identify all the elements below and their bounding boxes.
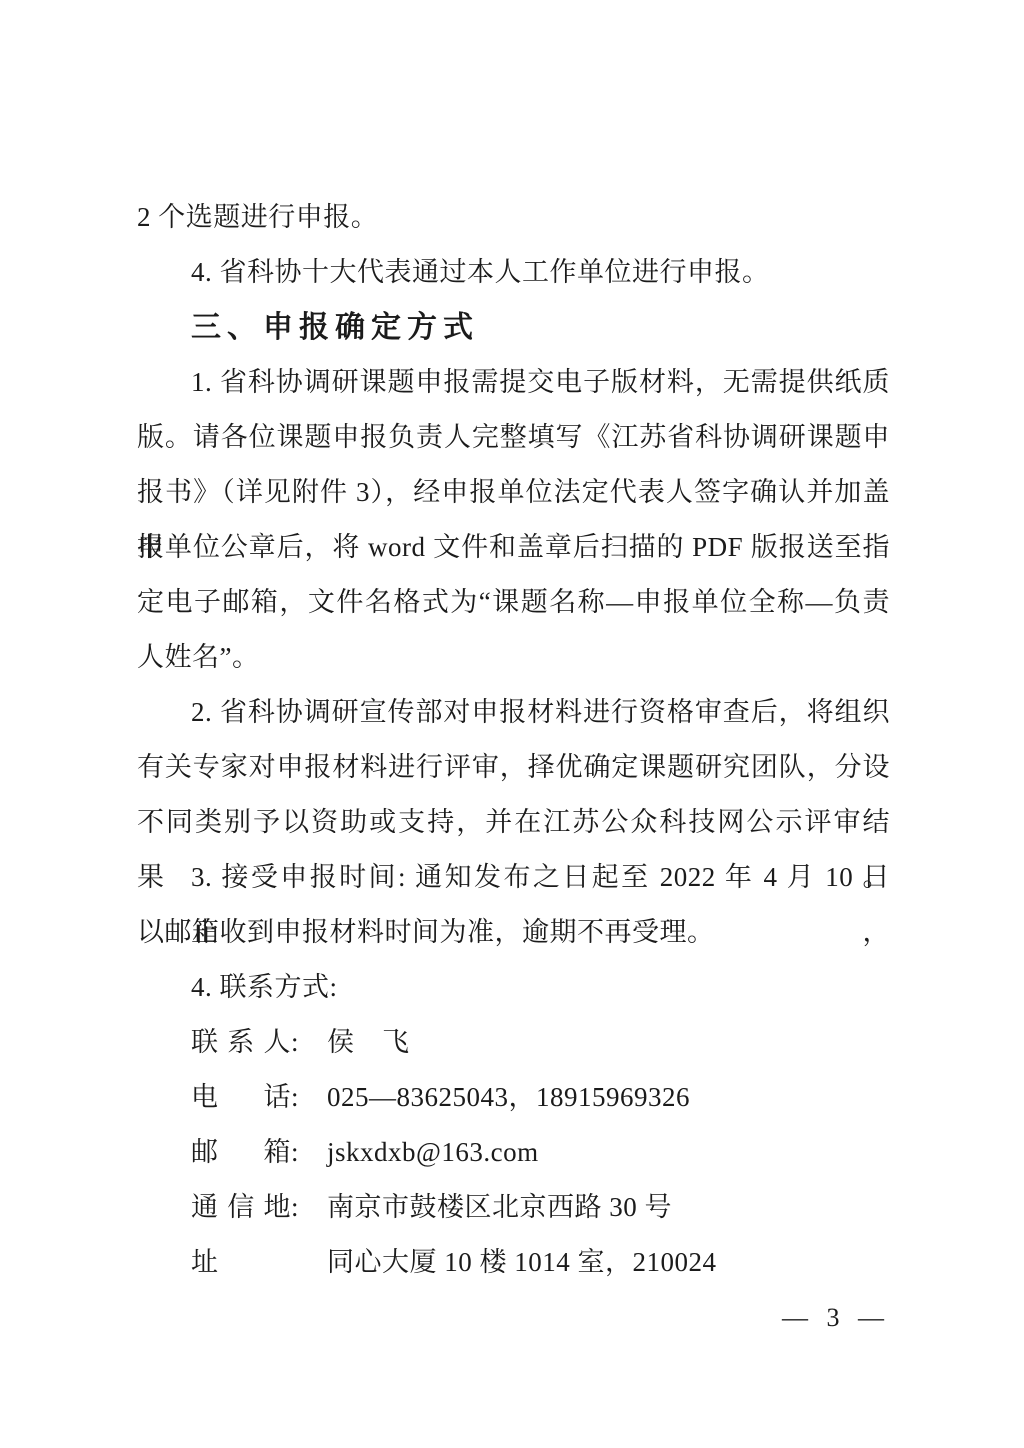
contact-row-person: 联系人:侯 飞 xyxy=(137,1015,890,1070)
contact-colon: : xyxy=(291,1070,327,1125)
body-line: 报书》（详见附件 3），经申报单位法定代表人签字确认并加盖申 xyxy=(137,465,890,520)
contact-address-value: 南京市鼓楼区北京西路 30 号 xyxy=(327,1192,672,1222)
contact-phone-label: 电话 xyxy=(191,1070,291,1125)
contact-person-label: 联系人 xyxy=(191,1015,291,1070)
body-line: 有关专家对申报材料进行评审，择优确定课题研究团队，分设 xyxy=(137,740,890,795)
section-heading: 三、申报确定方式 xyxy=(137,300,890,355)
body-line: 2 个选题进行申报。 xyxy=(137,190,890,245)
contact-address-label: 通信地址 xyxy=(191,1180,291,1290)
contact-row-email: 邮箱:jskxdxb@163.com xyxy=(137,1125,890,1180)
contact-email-label: 邮箱 xyxy=(191,1125,291,1180)
contact-colon: : xyxy=(291,1015,327,1070)
body-line: 报单位公章后，将 word 文件和盖章后扫描的 PDF 版报送至指 xyxy=(137,520,890,575)
body-line: 4. 省科协十大代表通过本人工作单位进行申报。 xyxy=(137,245,890,300)
page-footer: — 3 — xyxy=(137,1290,890,1345)
body-line: 1. 省科协调研课题申报需提交电子版材料，无需提供纸质 xyxy=(137,355,890,410)
contact-colon: : xyxy=(291,1180,327,1235)
contact-phone-value: 025—83625043，18915969326 xyxy=(327,1082,690,1112)
body-line: 版。请各位课题申报负责人完整填写《江苏省科协调研课题申 xyxy=(137,410,890,465)
page-number: — 3 — xyxy=(782,1303,890,1332)
document-page: 2 个选题进行申报。 4. 省科协十大代表通过本人工作单位进行申报。 三、申报确… xyxy=(0,0,1024,1448)
body-line: 2. 省科协调研宣传部对申报材料进行资格审查后，将组织 xyxy=(137,685,890,740)
contact-person-value: 侯 飞 xyxy=(327,1027,410,1057)
body-line: 人姓名”。 xyxy=(137,630,890,685)
body-line: 不同类别予以资助或支持，并在江苏公众科技网公示评审结果。 xyxy=(137,795,890,850)
contact-row-phone: 电话:025—83625043，18915969326 xyxy=(137,1070,890,1125)
body-line: 3. 接受申报时间: 通知发布之日起至 2022 年 4 月 10 日止， xyxy=(137,850,890,905)
contact-email-value: jskxdxb@163.com xyxy=(327,1137,539,1167)
contact-row-address: 通信地址:南京市鼓楼区北京西路 30 号 xyxy=(137,1180,890,1235)
contact-section-label: 4. 联系方式: xyxy=(137,960,890,1015)
contact-colon: : xyxy=(291,1125,327,1180)
body-line: 定电子邮箱，文件名格式为“课题名称—申报单位全称—负责 xyxy=(137,575,890,630)
